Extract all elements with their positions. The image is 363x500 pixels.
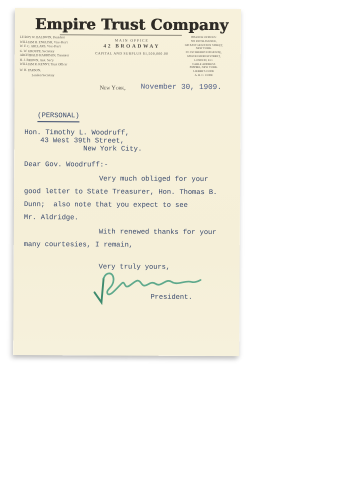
signature-title: President. <box>150 294 192 302</box>
dateline-date: November 30, 1909. <box>141 83 222 91</box>
officers-list: LE ROY W. BALDWIN, President WILLIAM H. … <box>20 35 70 77</box>
body-line: many courtesies, I remain, <box>24 241 133 250</box>
recipient-line: New York City. <box>83 145 142 153</box>
main-office-label: MAIN OFFICE <box>92 38 172 42</box>
body-line: Very much obliged for your <box>99 175 208 184</box>
body-line: good letter to State Treasurer, Hon. Tho… <box>24 188 217 197</box>
body-line: With renewed thanks for your <box>99 228 217 237</box>
recipient-line: 43 West 39th Street, <box>40 137 124 145</box>
personal-label: (PERSONAL) <box>37 112 79 122</box>
branch-line: A. B. C. CODE <box>168 74 240 78</box>
salutation: Dear Gov. Woodruff:- <box>24 161 108 169</box>
officer-line: London Secretary <box>32 73 69 78</box>
company-name: Empire Trust Company <box>35 15 195 34</box>
body-line: Dunn; also note that you expect to see <box>24 201 188 210</box>
branch-offices-list: BRANCH OFFICES: 581 FIFTH AVENUE, 148 EA… <box>168 36 240 78</box>
officer-line: WILLIAM R. KENNY, Trust Officer <box>20 62 69 67</box>
dateline-place: New York, <box>100 85 126 91</box>
signature-scrawl <box>86 264 204 309</box>
letter-paper: Empire Trust Company MAIN OFFICE 42 BROA… <box>13 8 241 356</box>
scan-background: { "letterhead": { "company_name": "Empir… <box>0 0 363 500</box>
body-line: Mr. Aldridge. <box>24 214 79 222</box>
letterhead-flourish-rule <box>60 34 182 36</box>
